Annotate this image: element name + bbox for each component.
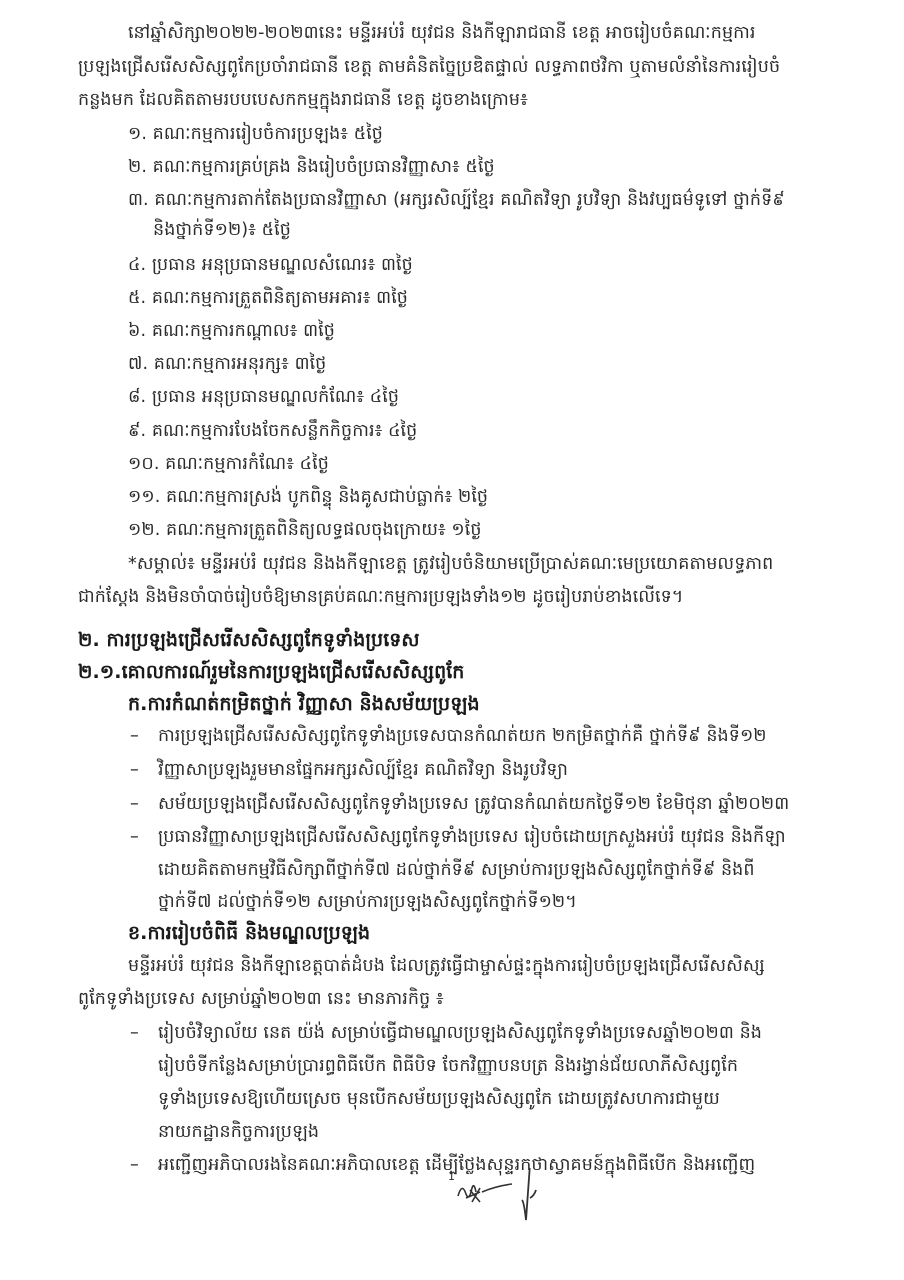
kha-bullet-1-line-2: រៀបចំទីកន្លែងសម្រាប់ប្រារព្ធពិធីបើក ពិធី… <box>158 1051 840 1081</box>
bullet-dash: – <box>130 822 139 852</box>
bullet-dash: – <box>130 1150 139 1180</box>
committee-item-3-cont: និងថ្នាក់ទី១២)៖ ៥ថ្ងៃ <box>153 215 291 245</box>
ka-bullet-4-line-3: ថ្នាក់ទី៧ ដល់ថ្នាក់ទី១២ សម្រាប់ការប្រឡងស… <box>158 887 577 917</box>
committee-item-7: ៧. គណៈកម្មការអនុរក្ស៖ ៣ថ្ងៃ <box>128 349 326 379</box>
kha-intro-line-1: មន្ទីរអប់រំ យុវជន និងកីឡាខេត្តបាត់ដំបង ដ… <box>128 951 840 981</box>
committee-item-9: ៩. គណៈកម្មការបែងចែកសន្លឹកកិច្ចការ៖ ៤ថ្ងៃ <box>128 416 417 446</box>
ka-bullet-1: ការប្រឡងជ្រើសរើសសិស្សពូកែទូទាំងប្រទេសបាន… <box>158 721 767 751</box>
committee-item-11: ១១. គណៈកម្មការស្រង់ បូកពិន្ទុ និងគូសជាប់… <box>128 482 488 512</box>
ka-bullet-3: សម័យប្រឡងជ្រើសរើសសិស្សពូកែទូទាំងប្រទេស ត… <box>158 789 789 819</box>
ka-bullet-2: វិញ្ញាសាប្រឡងរួមមានផ្នែកអក្សរសិល្ប៍ខ្មែរ… <box>158 755 568 785</box>
kha-bullet-1-line-4: នាយកដ្ឋានកិច្ចការប្រឡង <box>158 1117 319 1147</box>
document-page: នៅឆ្នាំសិក្សា២០២២-២០២៣នេះ មន្ទីរអប់រំ យុ… <box>0 0 904 1280</box>
bullet-dash: – <box>130 721 139 751</box>
subsection-kha-heading: ខ.ការរៀបចំពិធី និងមណ្ឌលប្រឡង <box>128 918 370 948</box>
kha-bullet-1-line-1: រៀបចំវិទ្យាល័យ នេត យ៉ង់ សម្រាប់ធ្វើជាមណ្… <box>158 1018 840 1048</box>
committee-item-10: ១០. គណៈកម្មការកំណែ៖ ៤ថ្ងៃ <box>128 449 329 479</box>
committee-item-3: ៣. គណៈកម្មការតាក់តែងប្រធានវិញ្ញាសា (អក្ស… <box>128 185 785 215</box>
page-number: 1 <box>448 1170 455 1183</box>
kha-intro-line-2: ពូកែទូទាំងប្រទេស សម្រាប់ឆ្នាំ២០២៣ នេះ មា… <box>78 984 444 1014</box>
page-footer: 1 <box>448 1168 568 1228</box>
bullet-dash: – <box>130 789 139 819</box>
bullet-dash: – <box>130 755 139 785</box>
ka-bullet-4-line-1: ប្រធានវិញ្ញាសាប្រឡងជ្រើសរើសសិស្សពូកែទូទា… <box>158 822 840 852</box>
subsection-ka-heading: ក.ការកំណត់កម្រិតថ្នាក់ វិញ្ញាសា និងសម័យប… <box>128 689 480 719</box>
committee-item-4: ៤. ប្រធាន អនុប្រធានមណ្ឌលសំណេរ៖ ៣ថ្ងៃ <box>128 250 413 280</box>
committee-item-6: ៦. គណៈកម្មការកណ្ដាល៖ ៣ថ្ងៃ <box>128 316 335 346</box>
intro-line-2: ប្រឡងជ្រើសរើសសិស្សពូកែប្រចាំរាជធានី ខេត្… <box>78 52 840 82</box>
committee-item-12: ១២. គណៈកម្មការត្រួតពិនិត្យលទ្ធផលចុងក្រោយ… <box>128 515 482 545</box>
intro-line-3: កន្លងមក ដែលគិតតាមរបបបេសកកម្មក្នុងរាជធានី… <box>78 85 528 115</box>
committee-item-2: ២. គណៈកម្មការគ្រប់គ្រង និងរៀបចំប្រធានវិញ… <box>128 152 495 182</box>
kha-bullet-1-line-3: ទូទាំងប្រទេសឱ្យហើយស្រេច មុនបើកសម័យប្រឡងស… <box>158 1084 840 1114</box>
intro-line-1: នៅឆ្នាំសិក្សា២០២២-២០២៣នេះ មន្ទីរអប់រំ យុ… <box>128 18 840 48</box>
section-2-1-heading: ២.១.គោលការណ៍រួមនៃការប្រឡងជ្រើសរើសសិស្សពូ… <box>78 657 464 687</box>
committee-item-5: ៥. គណៈកម្មការត្រួតពិនិត្យតាមអគារ៖ ៣ថ្ងៃ <box>128 283 408 313</box>
committee-item-1: ១. គណៈកម្មការរៀបចំការប្រឡង៖ ៥ថ្ងៃ <box>128 119 383 149</box>
committee-item-8: ៨. ប្រធាន អនុប្រធានមណ្ឌលកំណែ៖ ៤ថ្ងៃ <box>128 382 399 412</box>
section-2-heading: ២. ការប្រឡងជ្រើសរើសសិស្សពូកែទូទាំងប្រទេស <box>78 625 420 655</box>
note-line-1: *សម្គាល់៖ មន្ទីរអប់រំ យុវជន និងងកីឡាខេត្… <box>128 549 840 579</box>
ka-bullet-4-line-2: ដោយគិតតាមកម្មវិធីសិក្សាពីថ្នាក់ទី៧ ដល់ថ្… <box>158 855 840 885</box>
bullet-dash: – <box>130 1018 139 1048</box>
signature-initials-icon <box>448 1168 568 1228</box>
note-line-2: ជាក់ស្តែង និងមិនចាំបាច់រៀបចំឱ្យមានគ្រប់គ… <box>78 582 683 612</box>
